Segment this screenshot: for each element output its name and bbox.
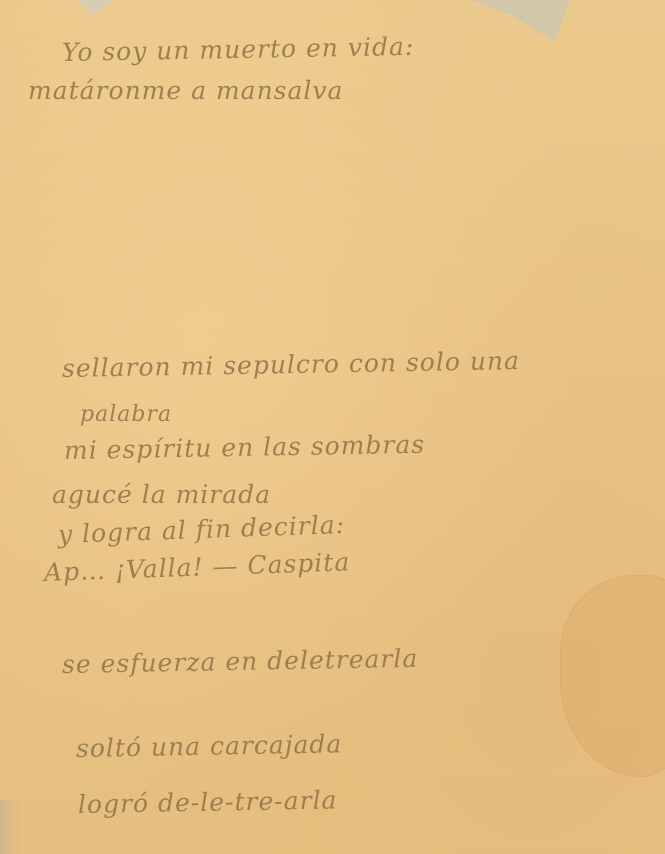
handwritten-line: Yo soy un muerto en vida: — [62, 32, 415, 67]
torn-paper-fragment — [470, 0, 570, 42]
water-stain — [560, 575, 665, 777]
handwritten-line: soltó una carcajada — [76, 729, 343, 763]
handwritten-line: y logra al fin decirla: — [57, 510, 345, 549]
handwritten-line: matáronme a mansalva — [28, 76, 343, 105]
handwritten-line: agucé la mirada — [52, 480, 271, 509]
handwritten-line: Ap… ¡Valla! — Caspita — [43, 547, 350, 587]
manuscript-page: Yo soy un muerto en vida: matáronme a ma… — [0, 0, 665, 854]
handwritten-line: sellaron mi sepulcro con solo una — [62, 346, 520, 383]
torn-paper-fragment — [75, 0, 115, 16]
paper-edge-shadow — [0, 800, 24, 854]
handwritten-line: palabra — [80, 402, 172, 427]
handwritten-line: logró de-le-tre-arla — [78, 785, 338, 819]
handwritten-line: se esfuerza en deletrearla — [62, 644, 419, 679]
handwritten-line: mi espíritu en las sombras — [64, 430, 426, 465]
